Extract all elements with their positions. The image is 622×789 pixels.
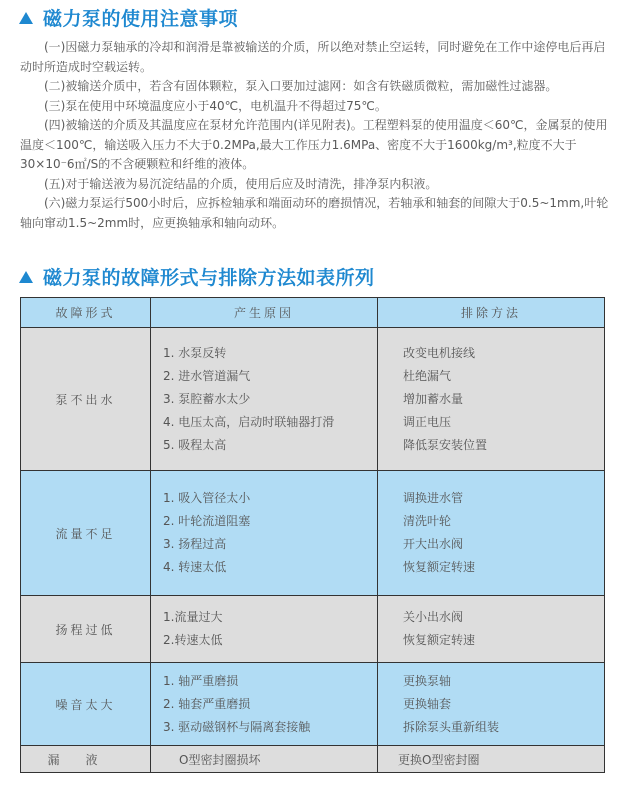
triangle-icon bbox=[19, 12, 33, 24]
remedy-item: 调换进水管 bbox=[403, 487, 604, 510]
table-header-row: 故障形式 产生原因 排除方法 bbox=[21, 298, 605, 328]
table-row: 漏液 O型密封圈损坏 更换O型密封圈 bbox=[21, 746, 605, 773]
fault-cell: 泵不出水 bbox=[21, 328, 151, 471]
note-paragraph: (二)被输送介质中，若含有固体颗粒，泵入口要加过滤网：如含有铁磁质微粒，需加磁性… bbox=[20, 77, 610, 97]
note-paragraph: (一)因磁力泵轴承的冷却和润滑是靠被输送的介质，所以绝对禁止空运转，同时避免在工… bbox=[20, 38, 610, 77]
header-fault: 故障形式 bbox=[21, 298, 151, 328]
remedy-cell: 改变电机接线 杜绝漏气 增加蓄水量 调正电压 降低泵安装位置 bbox=[378, 328, 605, 471]
cause-item: 2. 叶轮流道阻塞 bbox=[163, 510, 377, 533]
header-cause: 产生原因 bbox=[151, 298, 378, 328]
remedy-item: 杜绝漏气 bbox=[403, 365, 604, 388]
remedy-cell: 调换进水管 清洗叶轮 开大出水阀 恢复额定转速 bbox=[378, 471, 605, 596]
remedy-cell: 更换泵轴 更换轴套 拆除泵头重新组装 bbox=[378, 663, 605, 746]
cause-item: 2.转速太低 bbox=[163, 629, 377, 652]
note-paragraph: (三)泵在使用中环境温度应小于40℃，电机温升不得超过75℃。 bbox=[20, 97, 610, 117]
note-paragraph: (五)对于输送液为易沉淀结晶的介质，使用后应及时清洗，排净泵内积液。 bbox=[20, 175, 610, 195]
cause-item: 4. 转速太低 bbox=[163, 556, 377, 579]
cause-item: 1. 轴严重磨损 bbox=[163, 670, 377, 693]
cause-item: 1. 水泵反转 bbox=[163, 342, 377, 365]
cause-item: 3. 驱动磁钢杯与隔离套接触 bbox=[163, 716, 377, 739]
usage-notes: (一)因磁力泵轴承的冷却和润滑是靠被输送的介质，所以绝对禁止空运转，同时避免在工… bbox=[20, 38, 610, 233]
remedy-item: 更换泵轴 bbox=[403, 670, 604, 693]
fault-cell: 漏液 bbox=[21, 746, 151, 773]
note-paragraph: (四)被输送的介质及其温度应在泵材允许范围内(详见附表)。工程塑料泵的使用温度＜… bbox=[20, 116, 610, 175]
cause-item: 3. 扬程过高 bbox=[163, 533, 377, 556]
cause-item: 5. 吸程太高 bbox=[163, 434, 377, 457]
remedy-item: 降低泵安装位置 bbox=[403, 434, 604, 457]
cause-item: 1. 吸入管径太小 bbox=[163, 487, 377, 510]
remedy-cell: 关小出水阀 恢复额定转速 bbox=[378, 596, 605, 663]
section-title-text: 磁力泵的使用注意事项 bbox=[43, 4, 238, 31]
note-paragraph: (六)磁力泵运行500小时后，应拆检轴承和端面动环的磨损情况，若轴承和轴套的间隙… bbox=[20, 194, 610, 233]
fault-cell: 扬程过低 bbox=[21, 596, 151, 663]
cause-item: 4. 电压太高，启动时联轴器打滑 bbox=[163, 411, 377, 434]
table-row: 流量不足 1. 吸入管径太小 2. 叶轮流道阻塞 3. 扬程过高 4. 转速太低… bbox=[21, 471, 605, 596]
cause-item: 1.流量过大 bbox=[163, 606, 377, 629]
remedy-item: 改变电机接线 bbox=[403, 342, 604, 365]
cause-cell: 1. 水泵反转 2. 进水管道漏气 3. 泵腔蓄水太少 4. 电压太高，启动时联… bbox=[151, 328, 378, 471]
remedy-item: 清洗叶轮 bbox=[403, 510, 604, 533]
remedy-item: 增加蓄水量 bbox=[403, 388, 604, 411]
fault-table: 故障形式 产生原因 排除方法 泵不出水 1. 水泵反转 2. 进水管道漏气 3.… bbox=[20, 297, 605, 773]
section-title-text: 磁力泵的故障形式与排除方法如表所列 bbox=[43, 263, 375, 290]
cause-cell: O型密封圈损坏 bbox=[151, 746, 378, 773]
section-title-fault-table: 磁力泵的故障形式与排除方法如表所列 bbox=[19, 263, 375, 290]
remedy-item: 开大出水阀 bbox=[403, 533, 604, 556]
table-row: 泵不出水 1. 水泵反转 2. 进水管道漏气 3. 泵腔蓄水太少 4. 电压太高… bbox=[21, 328, 605, 471]
section-title-usage-notes: 磁力泵的使用注意事项 bbox=[19, 4, 238, 31]
remedy-item: 更换轴套 bbox=[403, 693, 604, 716]
remedy-item: 恢复额定转速 bbox=[403, 629, 604, 652]
cause-item: 2. 轴套严重磨损 bbox=[163, 693, 377, 716]
remedy-cell: 更换O型密封圈 bbox=[378, 746, 605, 773]
remedy-item: 关小出水阀 bbox=[403, 606, 604, 629]
cause-cell: 1. 轴严重磨损 2. 轴套严重磨损 3. 驱动磁钢杯与隔离套接触 bbox=[151, 663, 378, 746]
cause-item: 2. 进水管道漏气 bbox=[163, 365, 377, 388]
remedy-item: 调正电压 bbox=[403, 411, 604, 434]
fault-cell: 噪音太大 bbox=[21, 663, 151, 746]
fault-cell: 流量不足 bbox=[21, 471, 151, 596]
remedy-item: 恢复额定转速 bbox=[403, 556, 604, 579]
remedy-item: 拆除泵头重新组装 bbox=[403, 716, 604, 739]
cause-item: O型密封圈损坏 bbox=[179, 753, 260, 767]
remedy-item: 更换O型密封圈 bbox=[398, 753, 479, 767]
table-row: 扬程过低 1.流量过大 2.转速太低 关小出水阀 恢复额定转速 bbox=[21, 596, 605, 663]
cause-cell: 1. 吸入管径太小 2. 叶轮流道阻塞 3. 扬程过高 4. 转速太低 bbox=[151, 471, 378, 596]
table-row: 噪音太大 1. 轴严重磨损 2. 轴套严重磨损 3. 驱动磁钢杯与隔离套接触 更… bbox=[21, 663, 605, 746]
cause-cell: 1.流量过大 2.转速太低 bbox=[151, 596, 378, 663]
cause-item: 3. 泵腔蓄水太少 bbox=[163, 388, 377, 411]
header-remedy: 排除方法 bbox=[378, 298, 605, 328]
triangle-icon bbox=[19, 271, 33, 283]
